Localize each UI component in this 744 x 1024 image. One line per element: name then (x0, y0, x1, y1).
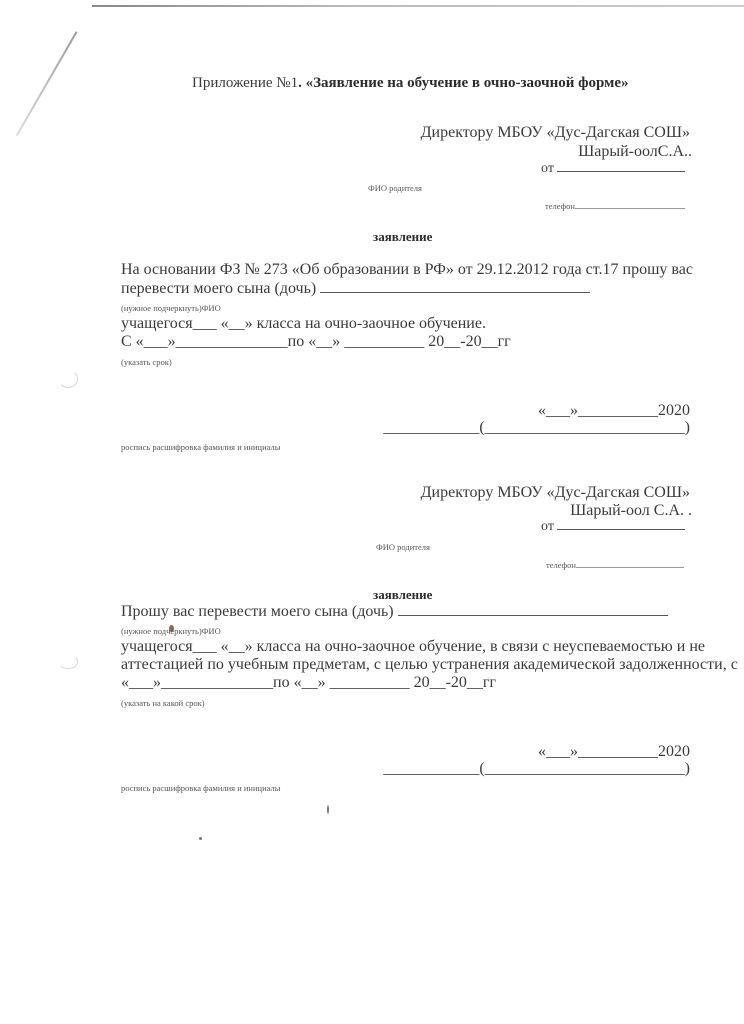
period-hint: (указать на какой срок) (121, 698, 205, 708)
phone-field[interactable] (575, 208, 685, 209)
period-line: С «___»______________по «__» __________ … (121, 333, 511, 351)
underline-hint: (нужное подчеркнуть)ФИО (121, 626, 221, 636)
ink-speck (327, 805, 329, 814)
addressee-name: Шарый-оолС.А.. (578, 143, 692, 161)
from-label: от (541, 519, 685, 535)
underline-hint: (нужное подчеркнуть)ФИО (121, 303, 221, 313)
student-class-line: учащегося___ «__» класса на очно-заочное… (121, 638, 705, 656)
addressee-director: Директору МБОУ «Дус-Дагская СОШ» (421, 484, 690, 502)
period-line: «___»______________по «__» __________ 20… (121, 674, 496, 692)
child-name-field[interactable] (320, 292, 590, 293)
addressee-director: Директору МБОУ «Дус-Дагская СОШ» (421, 124, 690, 142)
from-field[interactable] (557, 529, 685, 530)
reason-line: аттестацией по учебным предметам, с цель… (121, 656, 738, 674)
from-field[interactable] (557, 171, 685, 172)
phone-label: телефон (545, 201, 685, 211)
parent-fio-label: ФИО родителя (368, 183, 422, 193)
phone-label: телефон (546, 560, 684, 570)
paragraph-line: Прошу вас перевести моего сына (дочь) (121, 603, 668, 621)
scan-edge-fold (16, 31, 78, 136)
parent-fio-label: ФИО родителя (376, 542, 430, 552)
application-heading: заявление (373, 229, 432, 245)
period-hint: (указать срок) (121, 357, 172, 367)
hole-punch-mark (58, 370, 78, 388)
addressee-name: Шарый-оол С.А. . (570, 502, 692, 520)
signature-line: ____________(_________________________) (383, 760, 690, 778)
date-line: «___»__________2020 (538, 743, 690, 761)
ink-speck (199, 837, 202, 840)
signature-hint: роспись расшифровка фамилия и инициалы (121, 783, 280, 793)
date-line: «___»__________2020 (538, 402, 690, 420)
phone-field[interactable] (576, 567, 684, 568)
application-heading: заявление (373, 587, 432, 603)
paragraph-line: перевести моего сына (дочь) (121, 280, 590, 298)
document-title: Приложение №1. «Заявление на обучение в … (192, 75, 628, 92)
student-class-line: учащегося___ «__» класса на очно-заочное… (121, 315, 486, 333)
child-name-field[interactable] (398, 615, 668, 616)
signature-hint: роспись расшифровка фамилия и инициалы (121, 442, 280, 452)
from-label: от (541, 161, 685, 177)
hole-punch-mark (58, 655, 78, 669)
paragraph-line: На основании ФЗ № 273 «Об образовании в … (121, 261, 693, 279)
scan-edge-top (92, 5, 744, 7)
signature-line: ____________(_________________________) (383, 419, 690, 437)
